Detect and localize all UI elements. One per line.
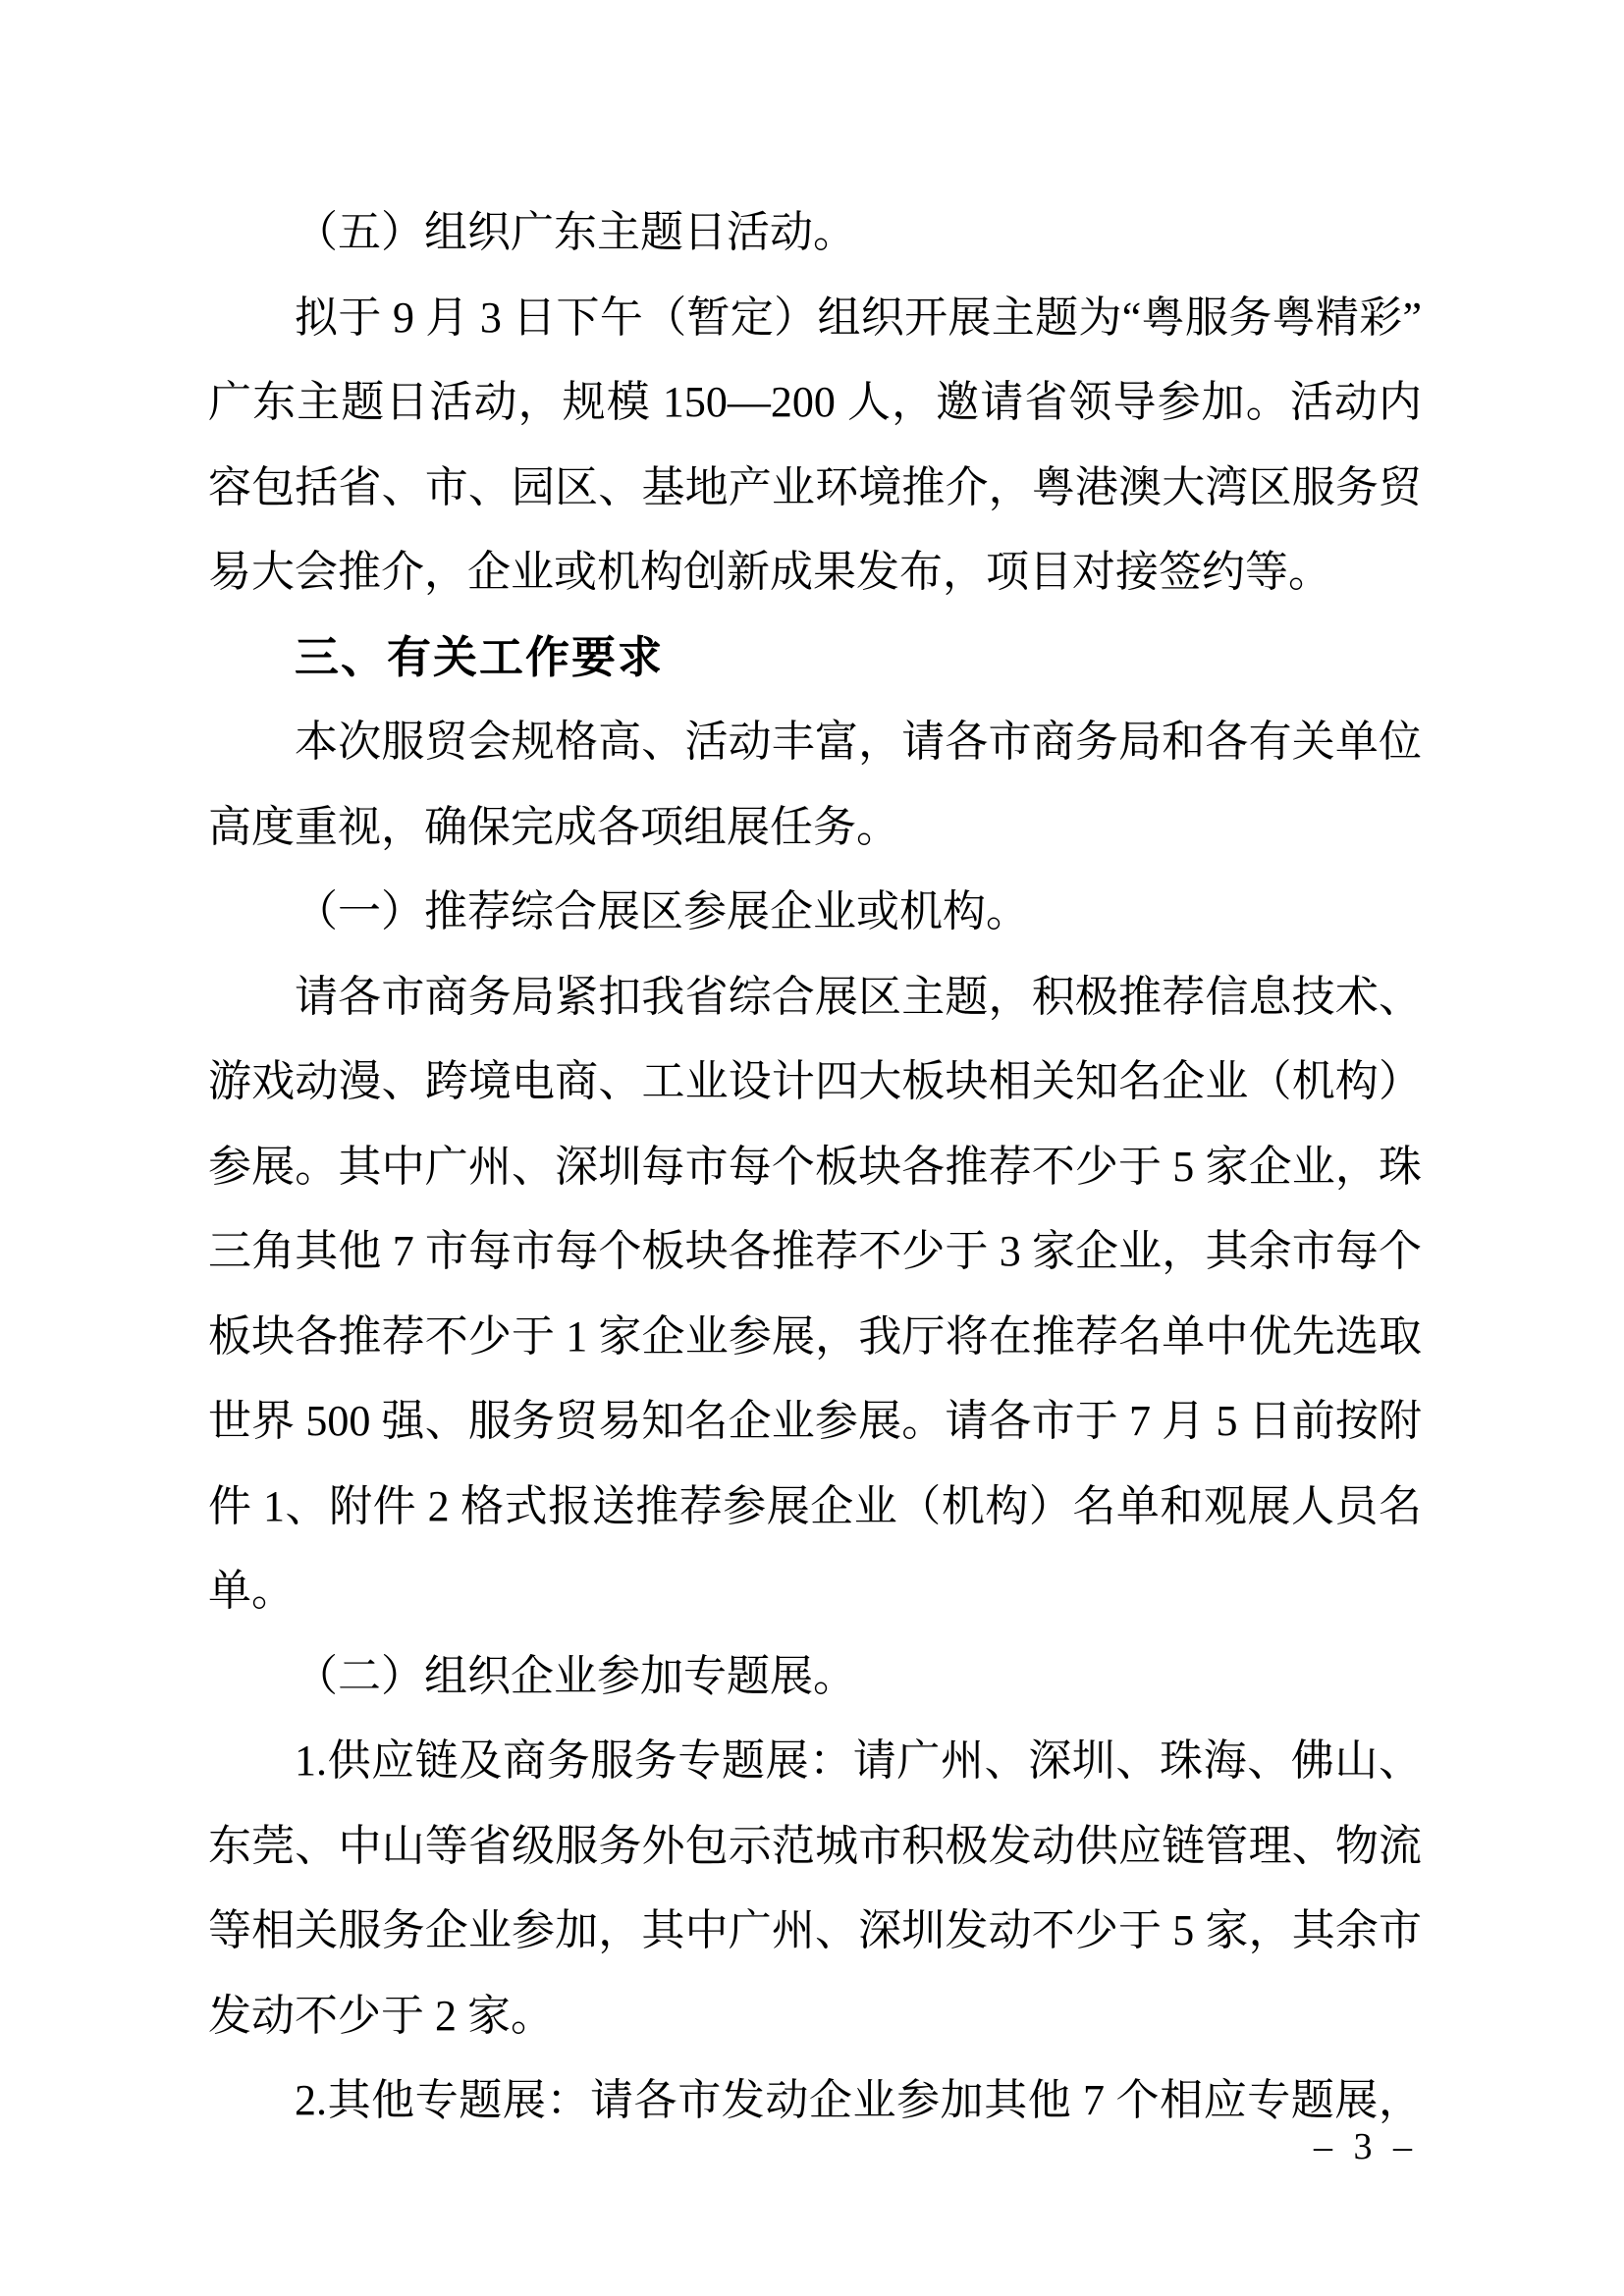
subsection-heading-5: （五）组织广东主题日活动。 xyxy=(208,190,1422,276)
list-item-2-line: 2.其他专题展：请各市发动企业参加其他 7 个相应专题展， xyxy=(208,2058,1422,2144)
paragraph-line: 广东主题日活动，规模 150—200 人，邀请省领导参加。活动内 xyxy=(208,360,1422,446)
list-item-1-line: 1.供应链及商务服务专题展：请广州、深圳、珠海、佛山、 xyxy=(208,1719,1422,1804)
subsection-heading-2: （二）组织企业参加专题展。 xyxy=(208,1634,1422,1720)
paragraph-line: 易大会推介，企业或机构创新成果发布，项目对接签约等。 xyxy=(208,530,1422,615)
paragraph-line: 发动不少于 2 家。 xyxy=(208,1974,1422,2059)
paragraph-line: 请各市商务局紧扣我省综合展区主题，积极推荐信息技术、 xyxy=(208,955,1422,1041)
paragraph-line: 容包括省、市、园区、基地产业环境推介，粤港澳大湾区服务贸 xyxy=(208,446,1422,531)
paragraph-line: 件 1、附件 2 格式报送推荐参展企业（机构）名单和观展人员名 xyxy=(208,1465,1422,1550)
paragraph-line: 拟于 9 月 3 日下午（暂定）组织开展主题为“粤服务粤精彩” xyxy=(208,276,1422,361)
paragraph-line: 世界 500 强、服务贸易知名企业参展。请各市于 7 月 5 日前按附 xyxy=(208,1379,1422,1465)
paragraph-line: 本次服贸会规格高、活动丰富，请各市商务局和各有关单位 xyxy=(208,700,1422,785)
paragraph-line: 东莞、中山等省级服务外包示范城市积极发动供应链管理、物流 xyxy=(208,1804,1422,1890)
document-body: （五）组织广东主题日活动。 拟于 9 月 3 日下午（暂定）组织开展主题为“粤服… xyxy=(208,190,1422,2144)
paragraph-line: 单。 xyxy=(208,1549,1422,1634)
subsection-heading-1: （一）推荐综合展区参展企业或机构。 xyxy=(208,870,1422,955)
page-number: – 3 – xyxy=(1314,2122,1418,2171)
paragraph-line: 游戏动漫、跨境电商、工业设计四大板块相关知名企业（机构） xyxy=(208,1040,1422,1125)
paragraph-line: 高度重视，确保完成各项组展任务。 xyxy=(208,785,1422,871)
document-page: （五）组织广东主题日活动。 拟于 9 月 3 日下午（暂定）组织开展主题为“粤服… xyxy=(0,0,1624,2296)
section-heading-3: 三、有关工作要求 xyxy=(208,615,1422,701)
paragraph-line: 参展。其中广州、深圳每市每个板块各推荐不少于 5 家企业，珠 xyxy=(208,1125,1422,1210)
paragraph-line: 板块各推荐不少于 1 家企业参展，我厅将在推荐名单中优先选取 xyxy=(208,1295,1422,1380)
paragraph-line: 三角其他 7 市每市每个板块各推荐不少于 3 家企业，其余市每个 xyxy=(208,1209,1422,1295)
paragraph-line: 等相关服务企业参加，其中广州、深圳发动不少于 5 家，其余市 xyxy=(208,1889,1422,1974)
